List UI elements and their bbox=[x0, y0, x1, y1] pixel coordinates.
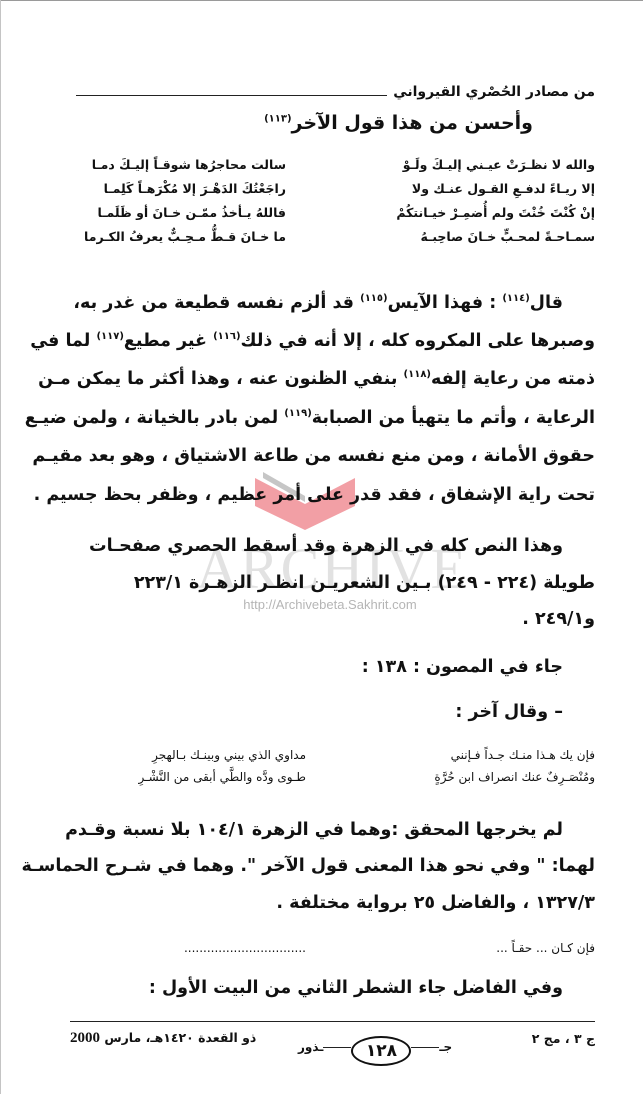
paragraph-1-line: حقوق الأمانة ، ومن منع نفسه من طاعة الاش… bbox=[76, 446, 595, 466]
text-run: تحت راية الإشفاق ، فقد قدر على أمر عظيم … bbox=[34, 485, 595, 505]
verse-second-hemistich: سالت محاجرُها شوقـاً إليـكَ دمـا bbox=[76, 157, 286, 172]
text-run: ذمته من رعاية إلفه bbox=[431, 369, 595, 389]
paragraph-3-line: لهما: " وفي نحو هذا المعنى قول الآخر ". … bbox=[76, 856, 595, 876]
closing-line: وفي الفاضل جاء الشطر الثاني من البيت الأ… bbox=[76, 978, 563, 998]
verse: سمـاحـةً لمحـبٍّ خـانَ صاحِبـهُ ما خـانَ… bbox=[76, 224, 595, 248]
paragraph-1-line: تحت راية الإشفاق ، فقد قدر على أمر عظيم … bbox=[76, 485, 595, 505]
another-said-heading: – وقال آخر : bbox=[76, 702, 563, 722]
page-footer: ج ٣ ، مج ٢ ـذور ١٢٨ جـ ذو القعدة ١٤٢٠هـ،… bbox=[70, 1028, 595, 1052]
text-run: قال bbox=[530, 293, 563, 313]
paragraph-1-line: وصبرها على المكروه كله ، إلا أنه في ذلك(… bbox=[76, 331, 595, 351]
paragraph-1-line: قال(١١٤) : فهذا الآيس(١١٥) قد ألزم نفسه … bbox=[76, 293, 563, 313]
poem-2: فإن يك هـذا منـك جـداً فـإنني مداوي الذي… bbox=[76, 744, 595, 788]
verse: ومُنْصَـرِفٌ عنك انصراف ابن حُرَّةٍ طـوى… bbox=[76, 766, 595, 788]
running-head: من مصادر الحُصْري القيرواني bbox=[76, 78, 595, 100]
footer-dash bbox=[411, 1047, 439, 1048]
text-run: : فهذا الآيس bbox=[388, 293, 503, 313]
running-head-title: من مصادر الحُصْري القيرواني bbox=[387, 84, 595, 100]
footnote-ref[interactable]: (١١٨) bbox=[404, 369, 431, 380]
verse-second-hemistich: طـوى ودَّه والطَّي أبقى من النَّشْـرِ bbox=[76, 770, 306, 784]
verse-second-hemistich: ................................ bbox=[76, 941, 306, 955]
verse-second-hemistich: ما خـانَ قـطُّ مـحِـبٌّ يعرفُ الكـرما bbox=[76, 229, 286, 244]
text-run: حقوق الأمانة ، ومن منع نفسه من طاعة الاش… bbox=[32, 446, 595, 466]
verse-first-hemistich: سمـاحـةً لمحـبٍّ خـانَ صاحِبـهُ bbox=[365, 229, 595, 244]
footnote-ref[interactable]: (١١٣) bbox=[264, 114, 291, 125]
intro-heading: وأحسن من هذا قول الآخر(١١٣) bbox=[264, 112, 533, 134]
text-run: قد ألزم نفسه قطيعة من غدر به، bbox=[73, 293, 360, 313]
paragraph-2-line: طويلة (٢٢٤ - ٢٤٩) بـين الشعريـن انظـر ال… bbox=[76, 573, 595, 593]
footnote-ref[interactable]: (١١٧) bbox=[96, 331, 123, 342]
paragraph-1-line: ذمته من رعاية إلفه(١١٨) بنفي الظنون عنه … bbox=[76, 369, 595, 389]
verse-first-hemistich: فإن كـان ... حقـاً ... bbox=[345, 941, 595, 955]
text-run: لما في bbox=[30, 331, 96, 351]
text-run: الرعاية ، وأتم ما يتهيأ من الصبابة bbox=[312, 408, 595, 428]
page-number-badge: ـذور ١٢٨ جـ bbox=[298, 1028, 452, 1066]
gregorian-year: 2000 bbox=[70, 1030, 100, 1046]
verse-first-hemistich: ومُنْصَـرِفٌ عنك انصراف ابن حُرَّةٍ bbox=[345, 770, 595, 784]
verse-first-hemistich: إنْ كُنْتَ خُنْتَ ولم أُضمِـرْ خيـانتكُم… bbox=[365, 205, 595, 220]
verse-first-hemistich: والله لا نظـرَتْ عيـني إليـكَ ولَـوْ bbox=[365, 157, 595, 172]
footnote-ref[interactable]: (١١٥) bbox=[360, 293, 387, 304]
page-number: ١٢٨ bbox=[351, 1036, 411, 1066]
verse-first-hemistich: إلا ريـاءً لدفـعِ القـول عنـك ولا bbox=[365, 181, 595, 196]
footnote-ref[interactable]: (١١٦) bbox=[213, 331, 240, 342]
text-run: لمن بادر بالخيانة ، ولمن ضيـع bbox=[25, 408, 285, 428]
issue-date: ذو القعدة ١٤٢٠هـ، مارس 2000 bbox=[70, 1030, 256, 1047]
poem-1: والله لا نظـرَتْ عيـني إليـكَ ولَـوْ سال… bbox=[76, 152, 595, 248]
footer-rule bbox=[70, 1021, 595, 1022]
volume-issue: ج ٣ ، مج ٢ bbox=[532, 1031, 595, 1046]
verse-second-hemistich: مداوي الذي بيني وبينـك بـالهجرِ bbox=[76, 748, 306, 762]
verse-first-hemistich: فإن يك هـذا منـك جـداً فـإنني bbox=[345, 748, 595, 762]
journal-name-fragment: ـذور bbox=[298, 1040, 323, 1054]
paragraph-3-line: لم يخرجها المحقق :وهما في الزهرة ١٠٤/١ ب… bbox=[76, 820, 563, 840]
text-run: بنفي الظنون عنه ، وهذا أكثر ما يمكن مـن bbox=[38, 369, 403, 389]
page-prefix: جـ bbox=[439, 1040, 452, 1054]
paragraph-3-line: ١٣٢٧/٣ ، والفاضل ٢٥ برواية مختلفة . bbox=[76, 893, 595, 913]
verse: فإن كـان ... حقـاً ... .................… bbox=[76, 937, 595, 959]
verse: إلا ريـاءً لدفـعِ القـول عنـك ولا راجَعْ… bbox=[76, 176, 595, 200]
text-run: غير مطيع bbox=[124, 331, 213, 351]
verse-second-hemistich: فاللهُ يـأخذُ ممّـن خـانَ أو ظَلَمـا bbox=[76, 205, 286, 220]
paragraph-2-line: وهذا النص كله في الزهرة وقد أسقط الحصري … bbox=[76, 536, 563, 556]
paragraph-2-line: و٢٤٩/١ . bbox=[76, 609, 595, 629]
document-page: من مصادر الحُصْري القيرواني وأحسن من هذا… bbox=[0, 0, 643, 1094]
verse: إنْ كُنْتَ خُنْتَ ولم أُضمِـرْ خيـانتكُم… bbox=[76, 200, 595, 224]
text-run: وصبرها على المكروه كله ، إلا أنه في ذلك bbox=[241, 331, 595, 351]
hijri-date: ذو القعدة ١٤٢٠هـ، مارس bbox=[104, 1030, 256, 1045]
source-note: جاء في المصون : ١٣٨ : bbox=[76, 657, 563, 677]
running-head-rule bbox=[76, 95, 387, 96]
verse: فإن يك هـذا منـك جـداً فـإنني مداوي الذي… bbox=[76, 744, 595, 766]
paragraph-1-line: الرعاية ، وأتم ما يتهيأ من الصبابة(١١٩) … bbox=[76, 408, 595, 428]
footer-dash bbox=[323, 1047, 351, 1048]
verse: والله لا نظـرَتْ عيـني إليـكَ ولَـوْ سال… bbox=[76, 152, 595, 176]
footnote-ref[interactable]: (١١٤) bbox=[502, 293, 529, 304]
verse-second-hemistich: راجَعْتُكَ الدَهْـرَ إلا مُكْرَهـاً كَلِ… bbox=[76, 181, 286, 196]
variant-verse: فإن كـان ... حقـاً ... .................… bbox=[76, 937, 595, 959]
footnote-ref[interactable]: (١١٩) bbox=[284, 408, 311, 419]
intro-heading-text: وأحسن من هذا قول الآخر bbox=[292, 112, 533, 134]
